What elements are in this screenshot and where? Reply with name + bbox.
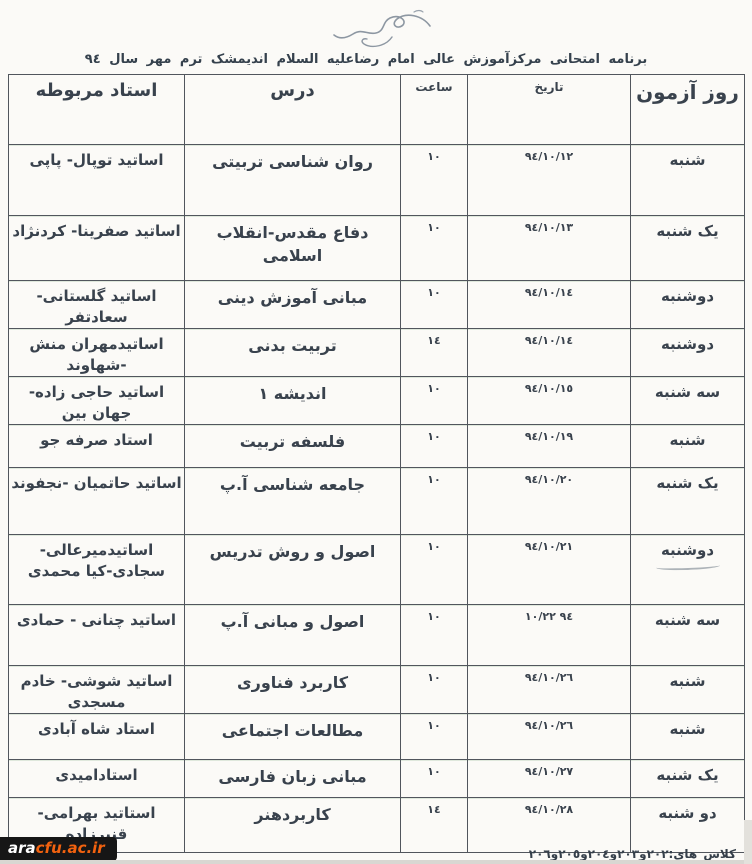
course-cell: کاربرد فناوری <box>185 666 401 714</box>
classes-footnote: کلاس های:٢٠٢و٢٠٣و٢٠٤و٢٠٥و٢٠٦ <box>529 847 736 861</box>
professor-cell: استاد شاه آبادی <box>9 714 185 760</box>
hour-cell: ١٠ <box>401 605 468 666</box>
professor-cell: اساتیدمیرعالی- سجادی-کیا محمدی <box>9 535 185 605</box>
exam-day-cell: یک شنبه <box>631 216 745 281</box>
watermark-suffix: cfu.ac.ir <box>36 839 105 857</box>
date-cell: ٩٤/١٠/١٢ <box>468 145 631 216</box>
professor-cell: اساتید شوشی- خادم مسجدی <box>9 666 185 714</box>
hour-cell: ١٠ <box>401 281 468 329</box>
professor-cell: اساتید حاتمیان -نجفوند <box>9 468 185 535</box>
course-cell: فلسفه تربیت <box>185 425 401 468</box>
col-header-date: تاریخ <box>468 75 631 145</box>
course-cell: مطالعات اجتماعی <box>185 714 401 760</box>
table-row: شنبه ٩٤/١٠/٢٦ ١٠ مطالعات اجتماعی استاد ش… <box>9 714 745 760</box>
course-cell: مبانی زبان فارسی <box>185 760 401 798</box>
exam-day-text: سه شنبه <box>655 383 720 401</box>
date-cell: ٩٤/١٠/١٥ <box>468 377 631 425</box>
table-header-row: روز آزمون تاریخ ساعت درس استاد مربوطه <box>9 75 745 145</box>
table-row: سه شنبه ٩٤ ١٠/٢٢ ١٠ اصول و مبانی آ.پ اسا… <box>9 605 745 666</box>
hour-cell: ١٠ <box>401 145 468 216</box>
table-row: شنبه ٩٤/١٠/٢٦ ١٠ کاربرد فناوری اساتید شو… <box>9 666 745 714</box>
exam-schedule-table: روز آزمون تاریخ ساعت درس استاد مربوطه شن… <box>8 74 745 853</box>
hour-cell: ١٠ <box>401 666 468 714</box>
table-body: شنبه ٩٤/١٠/١٢ ١٠ روان شناسی تربیتی اساتی… <box>9 145 745 853</box>
exam-day-text: شنبه <box>669 720 705 738</box>
date-cell: ٩٤ ١٠/٢٢ <box>468 605 631 666</box>
col-header-exam-day: روز آزمون <box>631 75 745 145</box>
exam-day-cell: دوشنبه <box>631 281 745 329</box>
exam-day-cell: سه شنبه <box>631 605 745 666</box>
exam-day-cell: یک شنبه <box>631 468 745 535</box>
exam-day-text: یک شنبه <box>656 474 718 492</box>
course-cell: روان شناسی تربیتی <box>185 145 401 216</box>
professor-cell: استادامیدی <box>9 760 185 798</box>
professor-cell: اساتید گلستانی- سعادتفر <box>9 281 185 329</box>
table-row: شنبه ٩٤/١٠/١٩ ١٠ فلسفه تربیت استاد صرفه … <box>9 425 745 468</box>
exam-day-text: دوشنبه <box>661 287 714 305</box>
exam-day-text: دوشنبه <box>661 335 714 353</box>
exam-day-text: شنبه <box>669 672 705 690</box>
professor-cell: اساتید توپال- پاپی <box>9 145 185 216</box>
watermark-prefix: ara <box>8 839 36 857</box>
hour-cell: ١٤ <box>401 329 468 377</box>
course-cell: جامعه شناسی آ.پ <box>185 468 401 535</box>
exam-day-cell: شنبه <box>631 666 745 714</box>
table-row: یک شنبه ٩٤/١٠/١٣ ١٠ دفاع مقدس-انقلاب اسل… <box>9 216 745 281</box>
exam-day-text: سه شنبه <box>655 611 720 629</box>
date-cell: ٩٤/١٠/٢٦ <box>468 714 631 760</box>
scan-edge-shadow-bottom <box>0 860 752 864</box>
hour-cell: ١٠ <box>401 377 468 425</box>
table-row: سه شنبه ٩٤/١٠/١٥ ١٠ اندیشه ١ اساتید حاجی… <box>9 377 745 425</box>
professor-cell: اساتیدمهران منش -شهاوند <box>9 329 185 377</box>
hour-cell: ١٠ <box>401 535 468 605</box>
hour-cell: ١٠ <box>401 714 468 760</box>
table-row: دوشنبه ٩٤/١٠/٢١ ١٠ اصول و روش تدریس اسات… <box>9 535 745 605</box>
course-cell: کاربردهنر <box>185 798 401 853</box>
date-cell: ٩٤/١٠/٢٨ <box>468 798 631 853</box>
date-cell: ٩٤/١٠/٢٠ <box>468 468 631 535</box>
course-cell: مبانی آموزش دینی <box>185 281 401 329</box>
handwritten-note-pivast <box>330 6 450 54</box>
date-cell: ٩٤/١٠/٢١ <box>468 535 631 605</box>
col-header-professor: استاد مربوطه <box>9 75 185 145</box>
exam-day-cell: شنبه <box>631 145 745 216</box>
course-cell: اصول و روش تدریس <box>185 535 401 605</box>
scan-edge-shadow-right <box>744 820 752 864</box>
col-header-hour: ساعت <box>401 75 468 145</box>
table-row: شنبه ٩٤/١٠/١٢ ١٠ روان شناسی تربیتی اساتی… <box>9 145 745 216</box>
exam-day-text: دو شنبه <box>658 804 716 822</box>
exam-day-cell: سه شنبه <box>631 377 745 425</box>
date-cell: ٩٤/١٠/١٤ <box>468 281 631 329</box>
course-cell: تربیت بدنی <box>185 329 401 377</box>
handwriting-scribble-icon <box>330 6 450 54</box>
professor-cell: اساتید چنانی - حمادی <box>9 605 185 666</box>
date-cell: ٩٤/١٠/١٤ <box>468 329 631 377</box>
date-cell: ٩٤/١٠/١٣ <box>468 216 631 281</box>
date-cell: ٩٤/١٠/١٩ <box>468 425 631 468</box>
exam-day-text: شنبه <box>669 431 705 449</box>
table-row: یک شنبه ٩٤/١٠/٢٧ ١٠ مبانی زبان فارسی است… <box>9 760 745 798</box>
exam-day-cell: دو شنبه <box>631 798 745 853</box>
course-cell: اندیشه ١ <box>185 377 401 425</box>
table-row: دوشنبه ٩٤/١٠/١٤ ١٠ مبانی آموزش دینی اسات… <box>9 281 745 329</box>
hour-cell: ١٠ <box>401 425 468 468</box>
date-cell: ٩٤/١٠/٢٦ <box>468 666 631 714</box>
table-row: یک شنبه ٩٤/١٠/٢٠ ١٠ جامعه شناسی آ.پ اسات… <box>9 468 745 535</box>
professor-cell: اساتید حاجی زاده-جهان بین <box>9 377 185 425</box>
professor-cell: اساتید صفرینا- کردنژاد <box>9 216 185 281</box>
exam-day-text: یک شنبه <box>656 222 718 240</box>
hour-cell: ١٤ <box>401 798 468 853</box>
exam-day-cell: یک شنبه <box>631 760 745 798</box>
date-cell: ٩٤/١٠/٢٧ <box>468 760 631 798</box>
exam-day-text: یک شنبه <box>656 766 718 784</box>
exam-day-cell: شنبه <box>631 425 745 468</box>
professor-cell: استاد صرفه جو <box>9 425 185 468</box>
hour-cell: ١٠ <box>401 760 468 798</box>
course-cell: دفاع مقدس-انقلاب اسلامی <box>185 216 401 281</box>
hour-cell: ١٠ <box>401 216 468 281</box>
exam-day-text: شنبه <box>669 151 705 169</box>
exam-day-cell: شنبه <box>631 714 745 760</box>
exam-day-text: دوشنبه <box>661 541 714 559</box>
exam-day-cell: دوشنبه <box>631 329 745 377</box>
table-row: دوشنبه ٩٤/١٠/١٤ ١٤ تربیت بدنی اساتیدمهرا… <box>9 329 745 377</box>
page-title: برنامه امتحانی مرکزآموزش عالی امام رضاعل… <box>20 52 712 67</box>
table-row: دو شنبه ٩٤/١٠/٢٨ ١٤ کاربردهنر استاتید به… <box>9 798 745 853</box>
exam-day-cell: دوشنبه <box>631 535 745 605</box>
col-header-course: درس <box>185 75 401 145</box>
pencil-underline-mark <box>655 562 719 571</box>
site-watermark: aracfu.ac.ir <box>0 837 117 861</box>
hour-cell: ١٠ <box>401 468 468 535</box>
course-cell: اصول و مبانی آ.پ <box>185 605 401 666</box>
